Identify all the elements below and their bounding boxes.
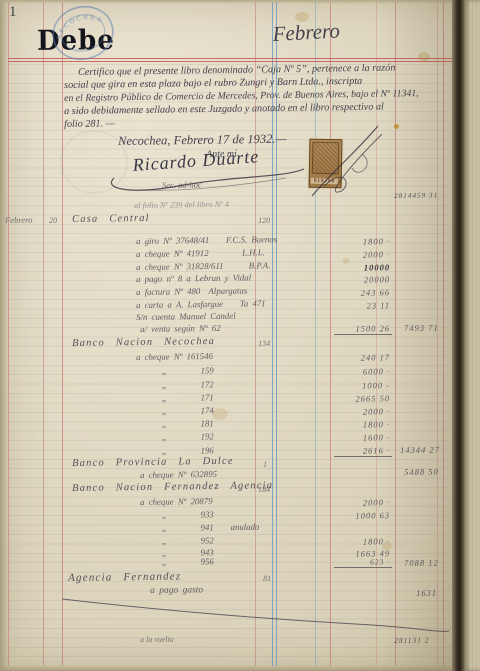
- carry-forward-note: a la vuelta: [140, 635, 174, 644]
- notary-oval-stamp: NECOCHEA: [44, 0, 122, 69]
- subtotal-rule: [334, 567, 392, 568]
- column-rule: [395, 2, 396, 666]
- column-rule: [255, 2, 256, 666]
- entry-amount: 23 11: [332, 300, 390, 311]
- account-title: Casa Central: [72, 213, 150, 225]
- page-edge: [0, 0, 480, 4]
- account-total: 7493 71: [404, 323, 439, 333]
- subtotal-rule: [334, 334, 392, 335]
- column-rule: [62, 2, 63, 666]
- entry-line: a cheque Nº 41912 L.H.L.: [136, 247, 265, 259]
- entry-amount: 6000 ·: [332, 366, 390, 377]
- place-date-line: Necochea, Febrero 17 de 1932.—: [118, 132, 287, 149]
- entry-line: „ 171: [162, 392, 214, 403]
- folio-number: 1: [263, 460, 267, 469]
- folio-reference: al folio Nº 239 del libro Nº 4: [134, 200, 229, 210]
- entry-line: „ 172: [162, 379, 214, 390]
- folio-number: 81: [263, 574, 271, 583]
- entry-amount: 2000 ·: [332, 497, 390, 508]
- entry-line: a pago nº 8 a Lebrun y Vidal: [136, 272, 251, 284]
- folio-number: 184: [258, 485, 270, 494]
- signature-flourish: [100, 148, 310, 196]
- folio-number: 120: [258, 216, 270, 225]
- subtotal-amount: 623 ·: [332, 557, 390, 567]
- certification-line: folio 281. —: [64, 118, 115, 130]
- page-total: 281131 2: [394, 636, 430, 645]
- entry-line: „ 159: [162, 365, 214, 376]
- entry-amount: 20000: [332, 274, 390, 285]
- stamp-arc-text: NECOCHEA: [51, 9, 107, 42]
- paper-stain: [418, 52, 430, 61]
- page-number: 1: [9, 4, 17, 21]
- entry-amount: 1600 ·: [332, 432, 390, 443]
- entry-amount: 2000 ·: [332, 406, 390, 417]
- entry-line: a cheque Nº 20879: [140, 496, 213, 507]
- column-rule: [43, 2, 44, 666]
- column-rule: [8, 2, 9, 666]
- margin-day: 20: [49, 216, 57, 225]
- account-total: 14344 27: [400, 444, 440, 455]
- entry-line: a carta a A. Lasfargue Ta 471: [136, 298, 266, 310]
- entry-line: S/n cuenta Manuel Candel: [136, 311, 236, 322]
- closing-diagonal-line: [55, 592, 455, 637]
- entry-line: „ 181: [162, 418, 214, 429]
- subtotal-amount: 1500 26: [332, 323, 390, 334]
- entry-line: a giro Nº 37648/41 F.C.S. Buenos: [136, 234, 277, 246]
- ledger-page-scan: 1 Debe Febrero 0,6 NECOCHEA Certifico qu…: [0, 0, 480, 671]
- entry-line: „ 174: [162, 405, 214, 416]
- account-total: 7088 12: [404, 558, 439, 568]
- account-title: Banco Provincia La Dulce: [72, 456, 234, 469]
- entry-amount: 243 66: [332, 287, 390, 298]
- adjacent-page-edge: [464, 0, 480, 671]
- subtotal-rule: [334, 456, 392, 457]
- entry-amount: 2000 ·: [332, 249, 390, 260]
- entry-line: „ 956: [162, 556, 214, 567]
- page-edge: [0, 665, 480, 671]
- column-rule: [443, 2, 444, 666]
- entry-amount: 1000 63: [332, 510, 390, 521]
- page-edge: [0, 0, 8, 671]
- column-rule: [272, 2, 273, 666]
- entry-line: a cheque Nº 161546: [136, 351, 213, 362]
- entry-line: a cheque Nº 632895: [140, 469, 217, 480]
- month-heading: Febrero: [272, 18, 340, 46]
- account-title: Banco Nacion Necochea: [72, 336, 215, 349]
- entry-amount: 1800 ·: [332, 419, 390, 430]
- entry-amount: 2665 50: [332, 393, 390, 404]
- entry-line: „ 192: [162, 431, 214, 442]
- paper-stain: [212, 408, 228, 420]
- entry-amount: 240 17: [332, 352, 390, 363]
- entry-line: a factura Nº 480 Alpargatas: [136, 285, 247, 297]
- entry-line: „ 941 anulado: [162, 522, 259, 533]
- column-rule: [276, 2, 277, 666]
- book-binding: [452, 0, 464, 671]
- account-title: Banco Nacion Fernandez Agencia: [72, 480, 273, 494]
- entry-line: a cheque Nº 31828/611 B.P.A.: [136, 260, 270, 272]
- entry-line: „ 952: [162, 535, 214, 546]
- folio-number: 134: [258, 339, 270, 348]
- account-title: Agencia Fernandez: [68, 570, 181, 584]
- subtotal-amount: 2616 ·: [332, 445, 390, 456]
- svg-text:NECOCHEA: NECOCHEA: [51, 9, 107, 42]
- entry-line: a/ venta según Nº 62: [140, 323, 221, 334]
- signer-title: Sec. ad-hoc: [162, 179, 202, 190]
- entry-line: „ 196: [162, 445, 214, 456]
- entry-line: „ 933: [162, 509, 214, 520]
- entry-amount: 10000: [332, 262, 390, 273]
- entry-amount: 1800 ·: [332, 236, 390, 247]
- corner-note: 0,6: [463, 88, 472, 96]
- margin-month: Febrero: [5, 215, 32, 225]
- entry-amount: 1000 -: [332, 380, 390, 391]
- stamp-rubric-signature: [292, 106, 404, 206]
- account-total: 5488 50: [404, 467, 439, 477]
- gutter-shadow: [380, 0, 452, 671]
- entry-amount: 1800 ·: [332, 536, 390, 547]
